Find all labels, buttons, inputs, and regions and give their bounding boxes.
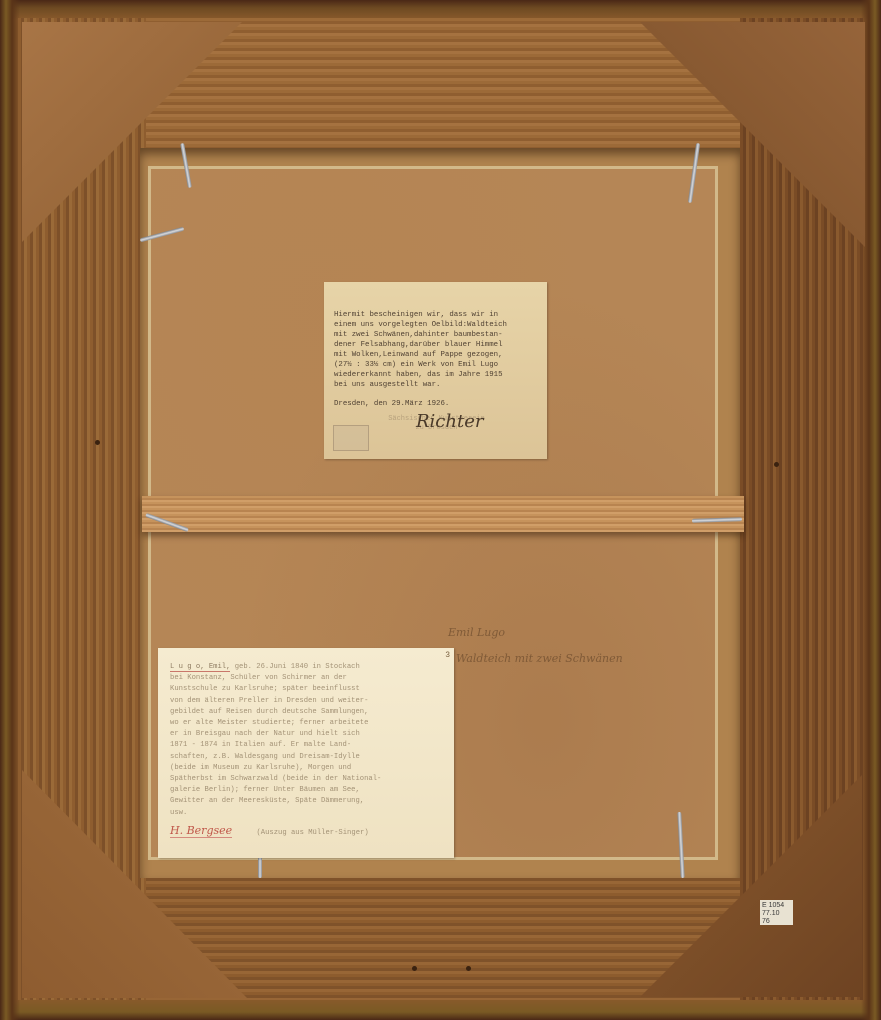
bio-line: (beide im Museum zu Karlsruhe), Morgen u… [170, 763, 446, 774]
nail-hole [95, 440, 100, 445]
certificate-line: Hiermit bescheinigen wir, dass wir in [334, 310, 539, 320]
bio-line: er in Breisgau nach der Natur und hielt … [170, 729, 446, 740]
bio-line: bei Konstanz, Schüler von Schirmer an de… [170, 673, 446, 684]
bio-line: schaften, z.B. Waldesgang und Dreisam-Id… [170, 752, 446, 763]
biography-label: 3 L u g o, Emil, geb. 26.Juni 1840 in St… [158, 648, 454, 858]
nail-hole [466, 966, 471, 971]
wooden-crossbar [142, 496, 744, 532]
bio-line: galerie Berlin); ferner Unter Bäumen am … [170, 785, 446, 796]
certificate-line: wiedererkannt haben, das im Jahre 1915 [334, 370, 539, 380]
certificate-line: (27½ : 33½ cm) ein Werk von Emil Lugo [334, 360, 539, 370]
certificate-label: Hiermit bescheinigen wir, dass wir in ei… [324, 282, 547, 459]
red-handwritten-annotation: H. Bergsee [170, 824, 232, 838]
pencil-inscription: Waldteich mit zwei Schwänen [456, 652, 623, 665]
bio-line: wo er alte Meister studierte; ferner arb… [170, 718, 446, 729]
certificate-date: Dresden, den 29.März 1926. [334, 399, 539, 409]
bio-line: L u g o, Emil, geb. 26.Juni 1840 in Stoc… [170, 662, 446, 673]
tag-line: 77.10 [762, 910, 791, 918]
pencil-inscription: Emil Lugo [448, 626, 505, 639]
bio-line: 1871 - 1874 in Italien auf. Er malte Lan… [170, 740, 446, 751]
nail-hole [774, 462, 779, 467]
nail-hole [412, 966, 417, 971]
certificate-line: einem uns vorgelegten Oelbild:Waldteich [334, 320, 539, 330]
certificate-line: mit zwei Schwänen,dahinter baumbestan- [334, 330, 539, 340]
certificate-line: dener Felsabhang,darüber blauer Himmel [334, 340, 539, 350]
bio-line: gebildet auf Reisen durch deutsche Samml… [170, 707, 446, 718]
certificate-line: mit Wolken,Leinwand auf Pappe gezogen, [334, 350, 539, 360]
tag-line: 76 [762, 918, 791, 926]
corner-mark: 3 [445, 650, 450, 661]
bio-line: von dem älteren Preller in Dresden und w… [170, 696, 446, 707]
bio-line: usw. [170, 808, 446, 819]
tag-line: E 1054 [762, 902, 791, 910]
signature: Richter [416, 417, 483, 427]
certificate-line: bei uns ausgestellt war. [334, 380, 539, 390]
bio-line: Kunstschule zu Karlsruhe; später beeinfl… [170, 684, 446, 695]
bio-line: Spätherbst im Schwarzwald (beide in der … [170, 774, 446, 785]
source-citation: (Auszug aus Müller-Singer) [256, 829, 368, 837]
artist-name: L u g o, Emil, [170, 663, 230, 672]
bio-line-text: geb. 26.Juni 1840 in Stockach [235, 663, 360, 671]
frame-back-photo: Hiermit bescheinigen wir, dass wir in ei… [0, 0, 881, 1020]
bio-line: Gewitter an der Meeresküste, Späte Dämme… [170, 796, 446, 807]
inventory-tag: E 1054 77.10 76 [760, 900, 793, 925]
embossed-seal [333, 425, 369, 451]
bio-footer: H. Bergsee (Auszug aus Müller-Singer) [170, 825, 446, 839]
